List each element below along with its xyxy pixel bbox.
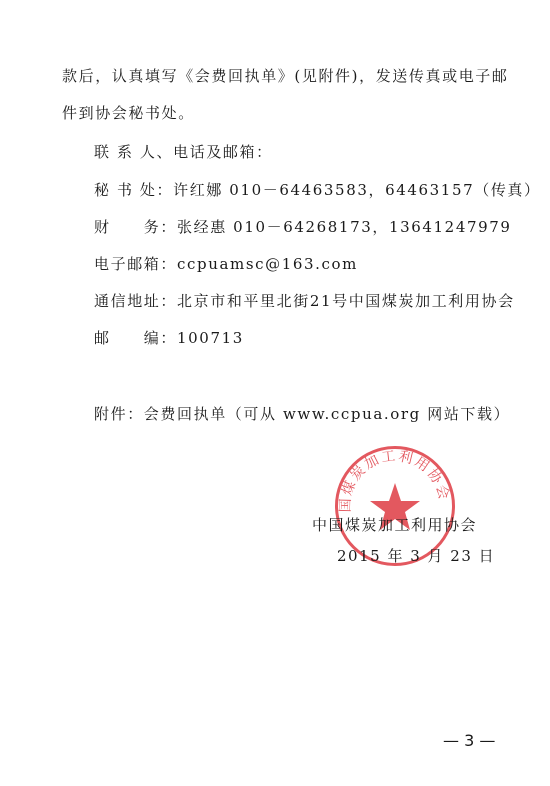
paragraph-line-1: 款后，认真填写《会费回执单》(见附件)，发送传真或电子邮 bbox=[62, 66, 509, 86]
address-label: 通信地址： bbox=[94, 291, 177, 311]
secretariat-value: 许红娜 010－64463583，64463157（传真） bbox=[173, 181, 541, 199]
postcode-label: 邮 编： bbox=[94, 328, 177, 348]
signature-date: 2015 年 3 月 23 日 bbox=[337, 545, 495, 566]
secretariat-label: 秘 书 处： bbox=[94, 180, 173, 200]
contacts-heading: 联 系 人、电话及邮箱： bbox=[94, 142, 273, 162]
finance-label: 财 务： bbox=[94, 217, 177, 237]
attachment-note: 附件：会费回执单（可从 www.ccpua.org 网站下载） bbox=[94, 404, 510, 424]
contact-address: 通信地址：北京市和平里北街21号中国煤炭加工利用协会 bbox=[94, 291, 515, 311]
paragraph-line-2: 件到协会秘书处。 bbox=[62, 103, 195, 123]
address-value: 北京市和平里北街21号中国煤炭加工利用协会 bbox=[177, 292, 515, 310]
signature-organization: 中国煤炭加工利用协会 bbox=[312, 514, 477, 535]
page-number: — 3 — bbox=[443, 731, 495, 750]
contact-secretariat: 秘 书 处：许红娜 010－64463583，64463157（传真） bbox=[94, 180, 541, 200]
email-label: 电子邮箱： bbox=[94, 254, 177, 274]
email-value: ccpuamsc@163.com bbox=[177, 255, 358, 273]
finance-value: 张经惠 010－64268173，13641247979 bbox=[177, 218, 512, 236]
postcode-value: 100713 bbox=[177, 329, 244, 347]
contact-postcode: 邮 编：100713 bbox=[94, 328, 244, 348]
contact-email: 电子邮箱：ccpuamsc@163.com bbox=[94, 254, 358, 274]
contact-finance: 财 务：张经惠 010－64268173，13641247979 bbox=[94, 217, 512, 237]
